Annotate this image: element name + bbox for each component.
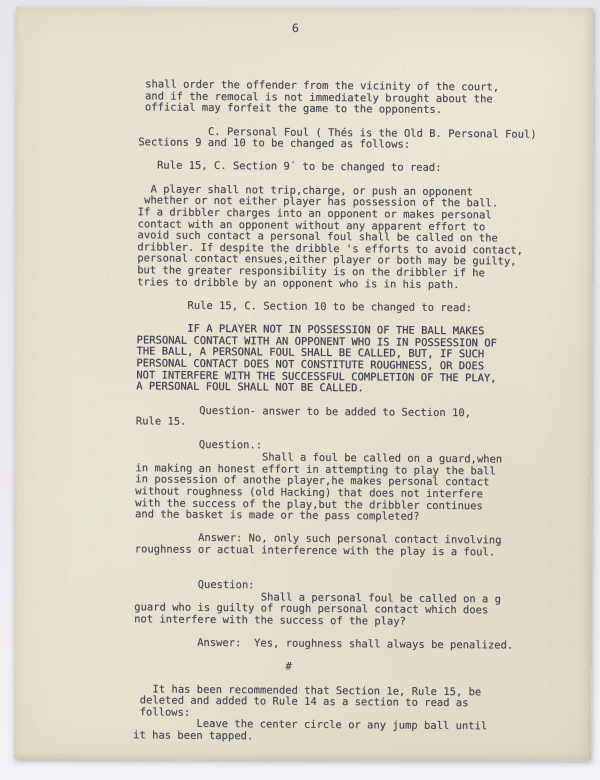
- typewritten-line: it has been tapped.: [133, 730, 563, 745]
- scanned-document-background: 6 shall order the offender from the vici…: [0, 0, 600, 780]
- document-page: 6 shall order the offender from the vici…: [14, 7, 593, 761]
- document-body: shall order the offender from the vicini…: [133, 79, 569, 745]
- page-number: 6: [292, 21, 299, 35]
